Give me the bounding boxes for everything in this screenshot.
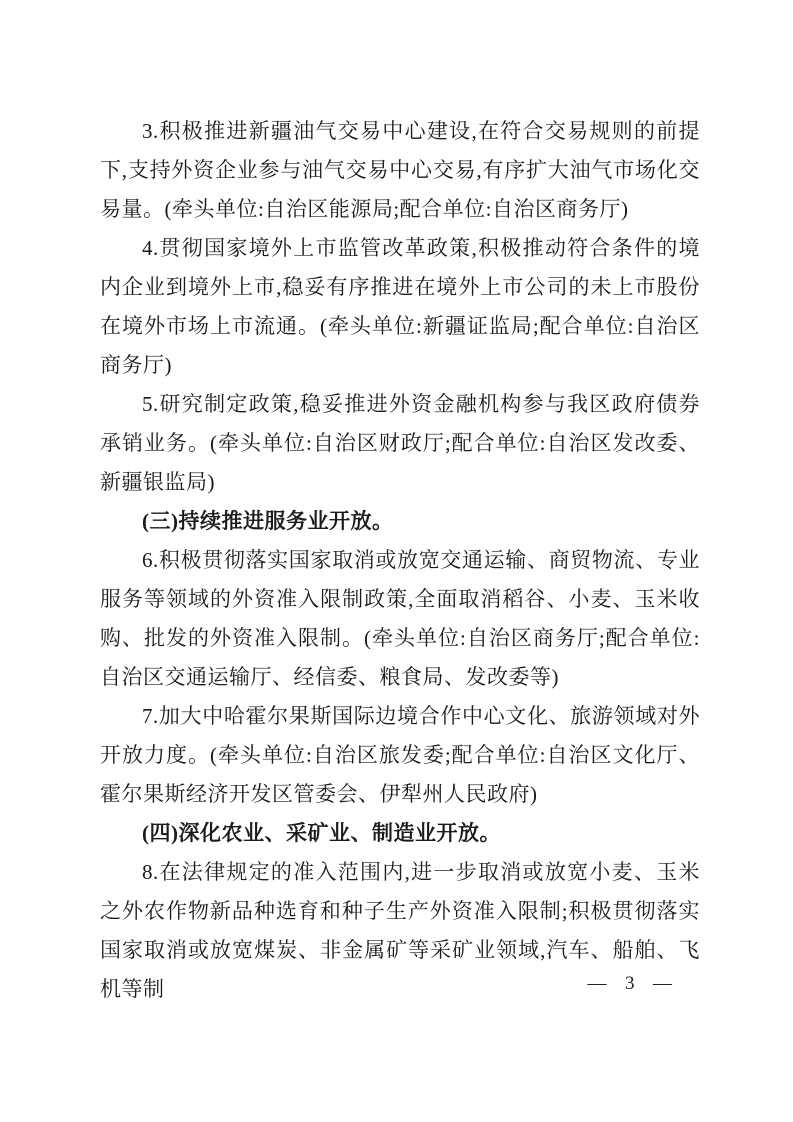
page-number: — 3 — [588,972,676,996]
paragraph-item-3: 3.积极推进新疆油气交易中心建设,在符合交易规则的前提下,支持外资企业参与油气交… [100,112,700,229]
paragraph-item-6: 6.积极贯彻落实国家取消或放宽交通运输、商贸物流、专业服务等领域的外资准入限制政… [100,541,700,697]
section-heading-4: (四)深化农业、采矿业、制造业开放。 [100,814,700,853]
paragraph-item-5: 5.研究制定政策,稳妥推进外资金融机构参与我区政府债券承销业务。(牵头单位:自治… [100,385,700,502]
document-body: 3.积极推进新疆油气交易中心建设,在符合交易规则的前提下,支持外资企业参与油气交… [100,112,700,1009]
paragraph-item-7: 7.加大中哈霍尔果斯国际边境合作中心文化、旅游领域对外开放力度。(牵头单位:自治… [100,697,700,814]
paragraph-item-4: 4.贯彻国家境外上市监管改革政策,积极推动符合条件的境内企业到境外上市,稳妥有序… [100,229,700,385]
document-page: 3.积极推进新疆油气交易中心建设,在符合交易规则的前提下,支持外资企业参与油气交… [0,0,793,1122]
section-heading-3: (三)持续推进服务业开放。 [100,502,700,541]
